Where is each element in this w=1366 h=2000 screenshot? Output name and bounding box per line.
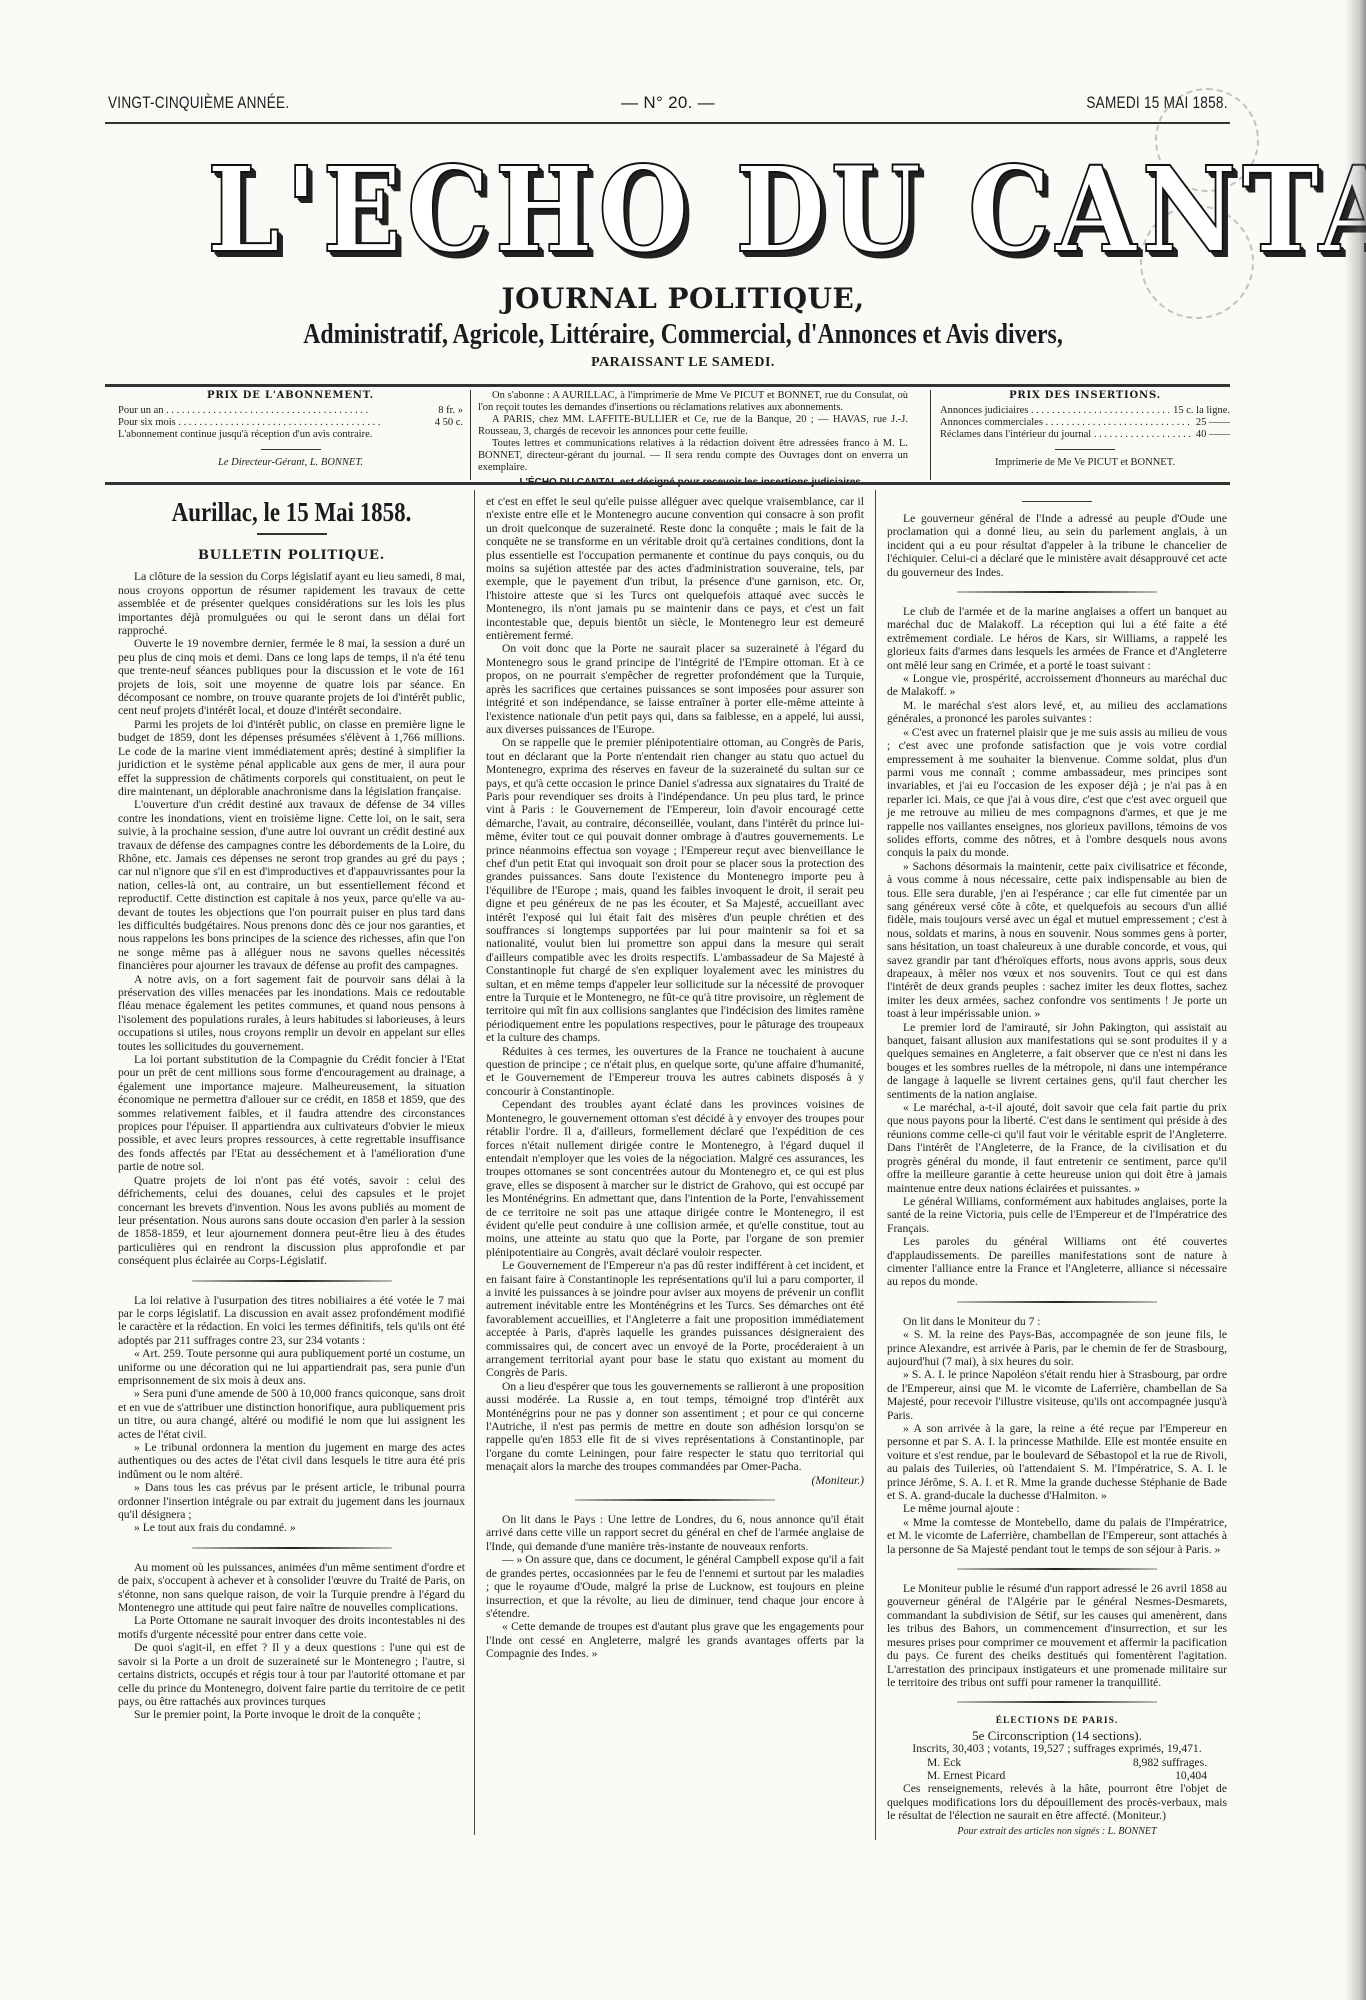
column-3: Le gouverneur général de l'Inde a adress…: [887, 495, 1227, 1838]
paragraph: » Sachons désormais la maintenir, cette …: [887, 860, 1227, 1021]
divider: [957, 1568, 1157, 1570]
newspaper-subtitle: JOURNAL POLITIQUE,: [0, 282, 1366, 315]
paragraph: Le premier lord de l'amirauté, sir John …: [887, 1021, 1227, 1101]
paragraph: On a lieu d'espérer que tous les gouvern…: [486, 1380, 864, 1474]
divider: [957, 1301, 1157, 1303]
contact-line: On s'abonne : A AURILLAC, à l'imprimerie…: [478, 390, 908, 414]
price-row: Pour six mois 4 50 c.: [118, 417, 463, 429]
newspaper-page: VINGT-CINQUIÈME ANNÉE. — N° 20. — SAMEDI…: [0, 0, 1366, 2000]
page-edge-shadow: [1344, 0, 1366, 2000]
column-divider: [875, 490, 876, 1840]
law-article: « Art. 259. Toute personne qui aura publ…: [118, 1347, 465, 1387]
paragraph: Le gouverneur général de l'Inde a adress…: [887, 512, 1227, 579]
paragraph: La clôture de la session du Corps législ…: [118, 570, 465, 637]
issue-info-bar: VINGT-CINQUIÈME ANNÉE. — N° 20. — SAMEDI…: [108, 93, 1228, 119]
divider: [575, 1499, 775, 1501]
paragraph: « Mme la comtesse de Montebello, dame du…: [887, 1516, 1227, 1556]
section-title: BULLETIN POLITIQUE.: [118, 549, 465, 562]
insertions-box: PRIX DES INSERTIONS. Annonces judiciaire…: [940, 390, 1230, 469]
divider: [957, 591, 1157, 593]
divider: [105, 384, 1230, 387]
issue-number: — N° 20. —: [108, 93, 1228, 113]
price-row: Pour un an 8 fr. »: [118, 405, 463, 417]
divider: [105, 482, 1230, 485]
paragraph: L'ouverture d'un crédit destiné aux trav…: [118, 798, 465, 972]
paragraph: « Le maréchal, a-t-il ajouté, doit savoi…: [887, 1101, 1227, 1195]
paragraph: « Cette demande de troupes est d'autant …: [486, 1620, 864, 1660]
paragraph: Le général Williams, conformément aux ha…: [887, 1195, 1227, 1235]
candidate-row: M. Eck 8,982 suffrages.: [887, 1756, 1227, 1769]
subscription-box: PRIX DE L'ABONNEMENT. Pour un an 8 fr. »…: [118, 390, 463, 469]
paragraph: La loi portant substitution de la Compag…: [118, 1053, 465, 1174]
paragraph: « S. M. la reine des Pays-Bas, accompagn…: [887, 1328, 1227, 1368]
paragraph: La Porte Ottomane ne saurait invoquer de…: [118, 1614, 465, 1641]
paragraph: et c'est en effet le seul qu'elle puisse…: [486, 495, 864, 642]
paragraph: Parmi les projets de loi d'intérêt publi…: [118, 718, 465, 798]
elections-circonscription: 5e Circonscription (14 sections).: [887, 1729, 1227, 1742]
paragraph: On voit donc que la Porte ne saurait pla…: [486, 642, 864, 736]
law-article: » Sera puni d'une amende de 500 à 10,000…: [118, 1387, 465, 1441]
law-article: » Le tout aux frais du condamné. »: [118, 1521, 465, 1534]
price-row: Annonces commerciales 25 ——: [940, 417, 1230, 429]
paragraph: Sur le premier point, la Porte invoque l…: [118, 1708, 465, 1721]
paragraph: A notre avis, on a fort sagement fait de…: [118, 973, 465, 1053]
paragraph: — » On assure que, dans ce document, le …: [486, 1553, 864, 1620]
contact-line: Toutes lettres et communications relativ…: [478, 438, 908, 474]
price-row: Annonces judiciaires 15 c. la ligne.: [940, 405, 1230, 417]
newspaper-descriptor: Administratif, Agricole, Littéraire, Com…: [123, 318, 1243, 351]
paragraph: Cependant des troubles ayant éclaté dans…: [486, 1098, 864, 1259]
candidate-row: M. Ernest Picard 10,404: [887, 1769, 1227, 1782]
paragraph: On lit dans le Moniteur du 7 :: [887, 1315, 1227, 1328]
subscription-heading: PRIX DE L'ABONNEMENT.: [118, 390, 463, 402]
paragraph: On se rappelle que le premier plénipoten…: [486, 736, 864, 1044]
printer-credit: Imprimerie de Me Ve PICUT et BONNET.: [940, 449, 1230, 469]
paragraph: Le club de l'armée et de la marine angla…: [887, 605, 1227, 672]
masthead: L'ECHO DU CANTAL: [120, 145, 1230, 275]
paragraph: Au moment où les puissances, animées d'u…: [118, 1561, 465, 1615]
paragraph: On lit dans le Pays : Une lettre de Lond…: [486, 1513, 864, 1553]
paragraph: » S. A. I. le prince Napoléon s'était re…: [887, 1368, 1227, 1422]
paragraph: Le Moniteur publie le résumé d'un rappor…: [887, 1582, 1227, 1689]
divider: [257, 533, 327, 535]
column-1: Aurillac, le 15 Mai 1858. BULLETIN POLIT…: [118, 495, 465, 1722]
elections-title: ÉLECTIONS DE PARIS.: [887, 1715, 1227, 1728]
paragraph: Quatre projets de loi n'ont pas été voté…: [118, 1174, 465, 1268]
divider: [192, 1547, 392, 1549]
paragraph: Réduites à ces termes, les ouvertures de…: [486, 1045, 864, 1099]
paragraph: Le même journal ajoute :: [887, 1502, 1227, 1515]
paragraph: Ouverte le 19 novembre dernier, fermée l…: [118, 637, 465, 717]
publication-frequency: PARAISSANT LE SAMEDI.: [0, 355, 1366, 371]
contact-line: A PARIS, chez MM. LAFFITE-BULLIER et Ce,…: [478, 414, 908, 438]
elections-summary: Inscrits, 30,403 ; votants, 19,527 ; suf…: [887, 1742, 1227, 1755]
paragraph: Les paroles du général Williams ont été …: [887, 1235, 1227, 1289]
paragraph: « Longue vie, prospérité, accroissement …: [887, 672, 1227, 699]
paragraph: De quoi s'agit-il, en effet ? Il y a deu…: [118, 1641, 465, 1708]
divider: [1022, 501, 1092, 502]
subscription-note: L'abonnement continue jusqu'à réception …: [118, 429, 463, 441]
source-attribution: (Moniteur.): [486, 1474, 864, 1487]
column-2: et c'est en effet le seul qu'elle puisse…: [486, 495, 864, 1661]
paragraph: La loi relative à l'usurpation des titre…: [118, 1294, 465, 1348]
law-article: » Le tribunal ordonnera la mention du ju…: [118, 1441, 465, 1481]
divider: [192, 1280, 392, 1282]
divider: [105, 122, 1230, 124]
price-row: Réclames dans l'intérieur du journal 40 …: [940, 429, 1230, 441]
column-divider: [474, 490, 475, 1835]
extract-signature: Pour extrait des articles non signés : L…: [887, 1825, 1227, 1838]
issue-date: SAMEDI 15 MAI 1858.: [1087, 93, 1228, 113]
insertions-heading: PRIX DES INSERTIONS.: [940, 390, 1230, 402]
divider: [470, 390, 471, 480]
divider: [957, 1701, 1157, 1703]
newspaper-title: L'ECHO DU CANTAL: [207, 145, 1366, 275]
paragraph: M. le maréchal s'est alors levé, et, au …: [887, 699, 1227, 726]
director-signature: Le Directeur-Gérant, L. BONNET.: [118, 449, 463, 469]
paragraph: Le Gouvernement de l'Empereur n'a pas dû…: [486, 1259, 864, 1380]
paragraph: « C'est avec un fraternel plaisir que je…: [887, 726, 1227, 860]
elections-note: Ces renseignements, relevés à la hâte, p…: [887, 1782, 1227, 1822]
dateline: Aurillac, le 15 Mai 1858.: [144, 495, 439, 529]
paragraph: » A son arrivée à la gare, la reine a ét…: [887, 1422, 1227, 1502]
divider: [930, 390, 931, 480]
law-article: » Dans tous les cas prévus par le présen…: [118, 1481, 465, 1521]
contact-box: On s'abonne : A AURILLAC, à l'imprimerie…: [478, 390, 908, 489]
